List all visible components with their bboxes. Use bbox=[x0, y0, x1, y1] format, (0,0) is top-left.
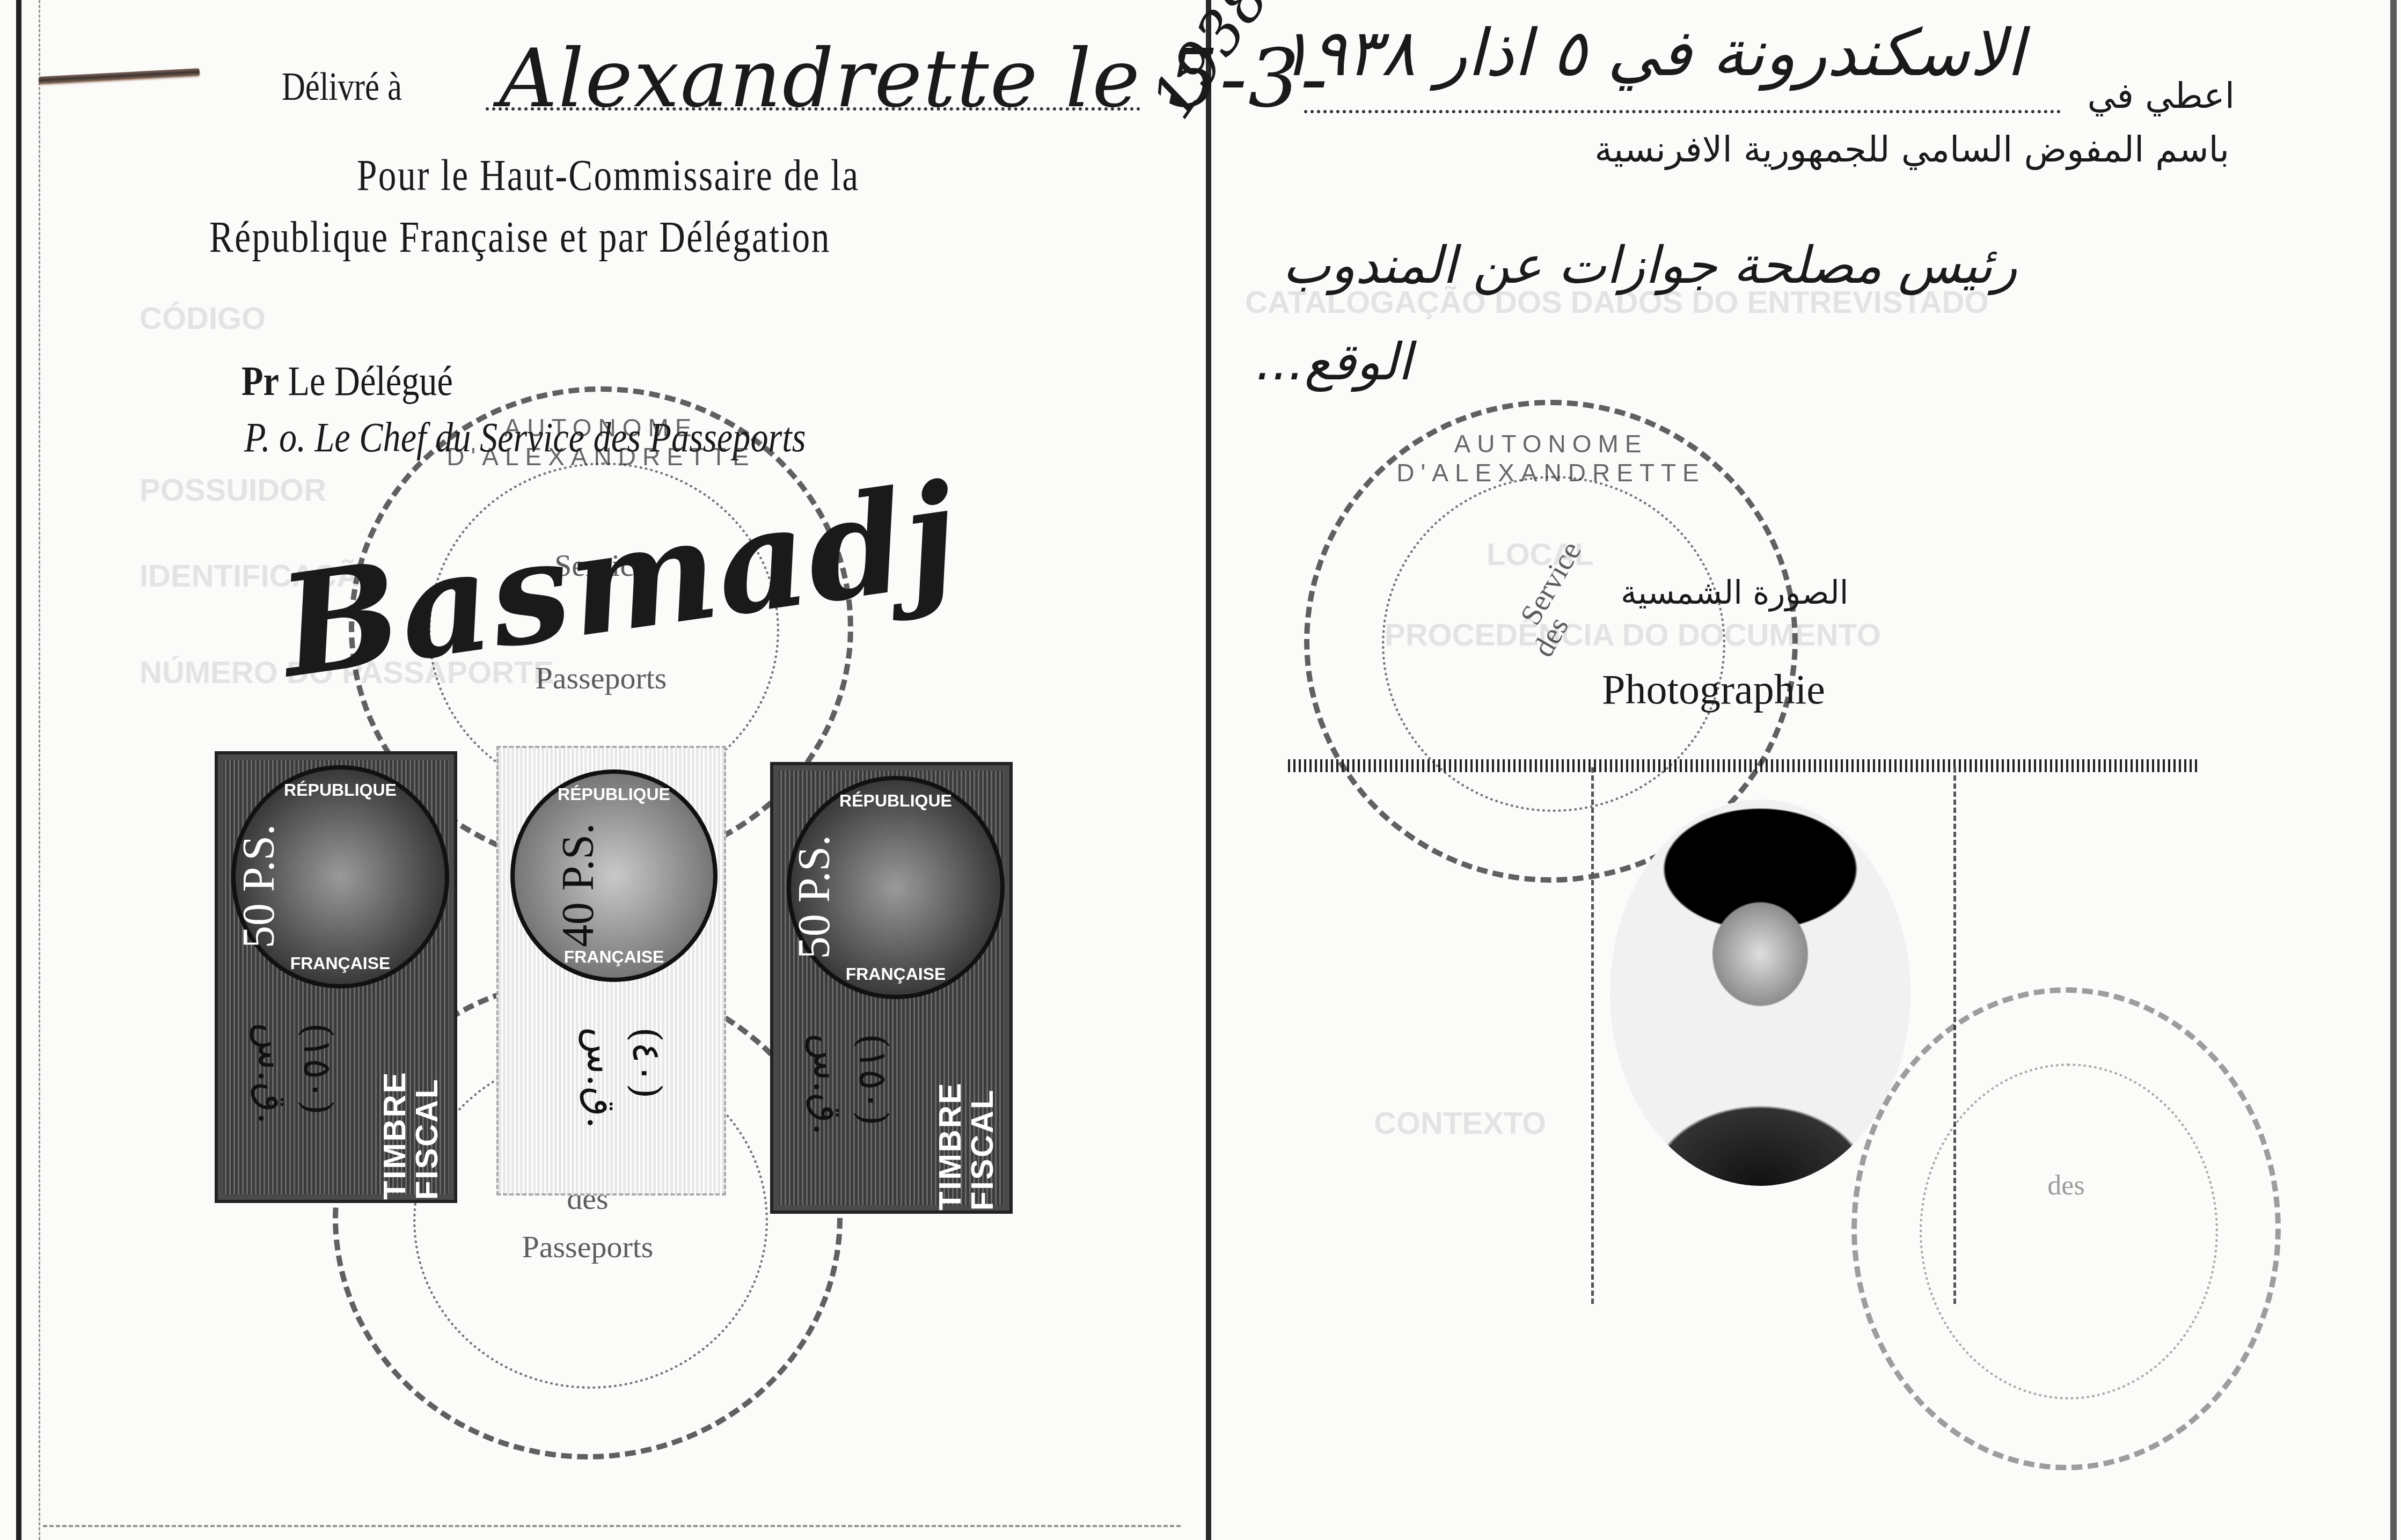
given-dotted-line bbox=[1304, 110, 2061, 113]
stamp-footer: FRANÇAISE bbox=[236, 954, 445, 973]
stamp-arabic-value: (١٥٠) ق.س. bbox=[806, 1033, 896, 1211]
seal-center-line-2: des bbox=[1857, 1170, 2275, 1201]
bleed-through-text: CONTEXTO bbox=[1374, 1105, 1546, 1141]
stamp-label-line-2: FISCAL bbox=[409, 1078, 444, 1200]
fiscal-stamp-3: RÉPUBLIQUE FRANÇAISE 50 P.S. TIMBRE FISC… bbox=[770, 762, 1013, 1214]
stamp-label: TIMBRE FISCAL bbox=[379, 991, 443, 1200]
delegate-sig-line-2: عن المندوب bbox=[1283, 236, 1542, 295]
stamp-value: 50 P.S. bbox=[788, 835, 840, 959]
delegue-prefix: Pr bbox=[241, 357, 279, 404]
staple-icon bbox=[39, 68, 200, 84]
fiscal-stamp-1: RÉPUBLIQUE FRANÇAISE 50 P.S. TIMBRE FISC… bbox=[215, 751, 457, 1203]
stamp-footer: FRANÇAISE bbox=[515, 947, 713, 967]
stamp-label-line-1: TIMBRE bbox=[933, 1082, 968, 1211]
official-seal-lower-right: des bbox=[1851, 987, 2281, 1470]
stamp-header: RÉPUBLIQUE bbox=[236, 780, 445, 800]
seal-ring-text: AUTONOME D'ALEXANDRETTE bbox=[1309, 429, 1792, 487]
given-handwritten-date-ar: الاسكندرونة في ٥ اذار ١٩٣٨ bbox=[1277, 16, 2024, 91]
bleed-through-text: POSSUIDOR bbox=[140, 472, 326, 508]
photo-label-fr: Photographie bbox=[1602, 665, 1825, 714]
left-page-border bbox=[16, 0, 21, 1540]
right-page-border bbox=[2390, 0, 2397, 1540]
marianne-medallion-icon: RÉPUBLIQUE FRANÇAISE bbox=[510, 769, 718, 982]
stamp-footer: FRANÇAISE bbox=[791, 964, 1000, 984]
delegate-signature-ar-1: رئيس مصلحة جوازات عن المندوب bbox=[1283, 236, 2017, 295]
authority-ar: باسم المفوض السامي للجمهورية الافرنسية bbox=[1594, 129, 2229, 170]
delegue-text: Le Délégué bbox=[279, 357, 453, 404]
bleed-through-text: CÓDIGO bbox=[140, 300, 266, 336]
stamp-label: TIMBRE FISCAL bbox=[934, 1001, 999, 1211]
delivered-label: Délivré à bbox=[282, 64, 402, 110]
left-page-bottom-edge bbox=[43, 1525, 1181, 1529]
fiscal-stamp-2: RÉPUBLIQUE FRANÇAISE 40 P.S. (٤٠) ق.س. bbox=[496, 746, 726, 1196]
photo-label-ar: الصورة الشمسية bbox=[1621, 574, 1848, 612]
portrait-photo bbox=[1610, 800, 1910, 1186]
seal-ring-text: AUTONOME D'ALEXANDRETTE bbox=[354, 413, 848, 471]
left-page-inner-border bbox=[39, 0, 42, 1540]
stamp-header: RÉPUBLIQUE bbox=[791, 791, 1000, 811]
stamp-header: RÉPUBLIQUE bbox=[515, 784, 713, 804]
delegate-sig-line-1: رئيس مصلحة جوازات bbox=[1558, 236, 2017, 295]
stamp-arabic-value: (١٥٠) ق.س. bbox=[250, 1023, 340, 1200]
center-fold bbox=[1206, 0, 1211, 1540]
stamp-label-line-1: TIMBRE bbox=[377, 1071, 412, 1200]
authority-line-2: République Française et par Délégation bbox=[209, 212, 831, 262]
stamp-label-line-2: FISCAL bbox=[965, 1089, 1000, 1211]
delegue-line: Pr Le Délégué bbox=[241, 357, 453, 405]
seal-inner-ring bbox=[1920, 1064, 2218, 1399]
stamp-arabic-value: (٤٠) ق.س. bbox=[579, 1027, 669, 1193]
authority-line-1: Pour le Haut-Commissaire de la bbox=[357, 150, 860, 201]
given-label-ar: اعطي في bbox=[2088, 75, 2235, 116]
delegate-signature-ar-2: الوقع... bbox=[1256, 333, 1412, 392]
stamp-value: 50 P.S. bbox=[233, 824, 285, 948]
stamp-value: 40 P.S. bbox=[552, 823, 604, 947]
seal-center-line-3: Passeports bbox=[338, 1229, 837, 1265]
